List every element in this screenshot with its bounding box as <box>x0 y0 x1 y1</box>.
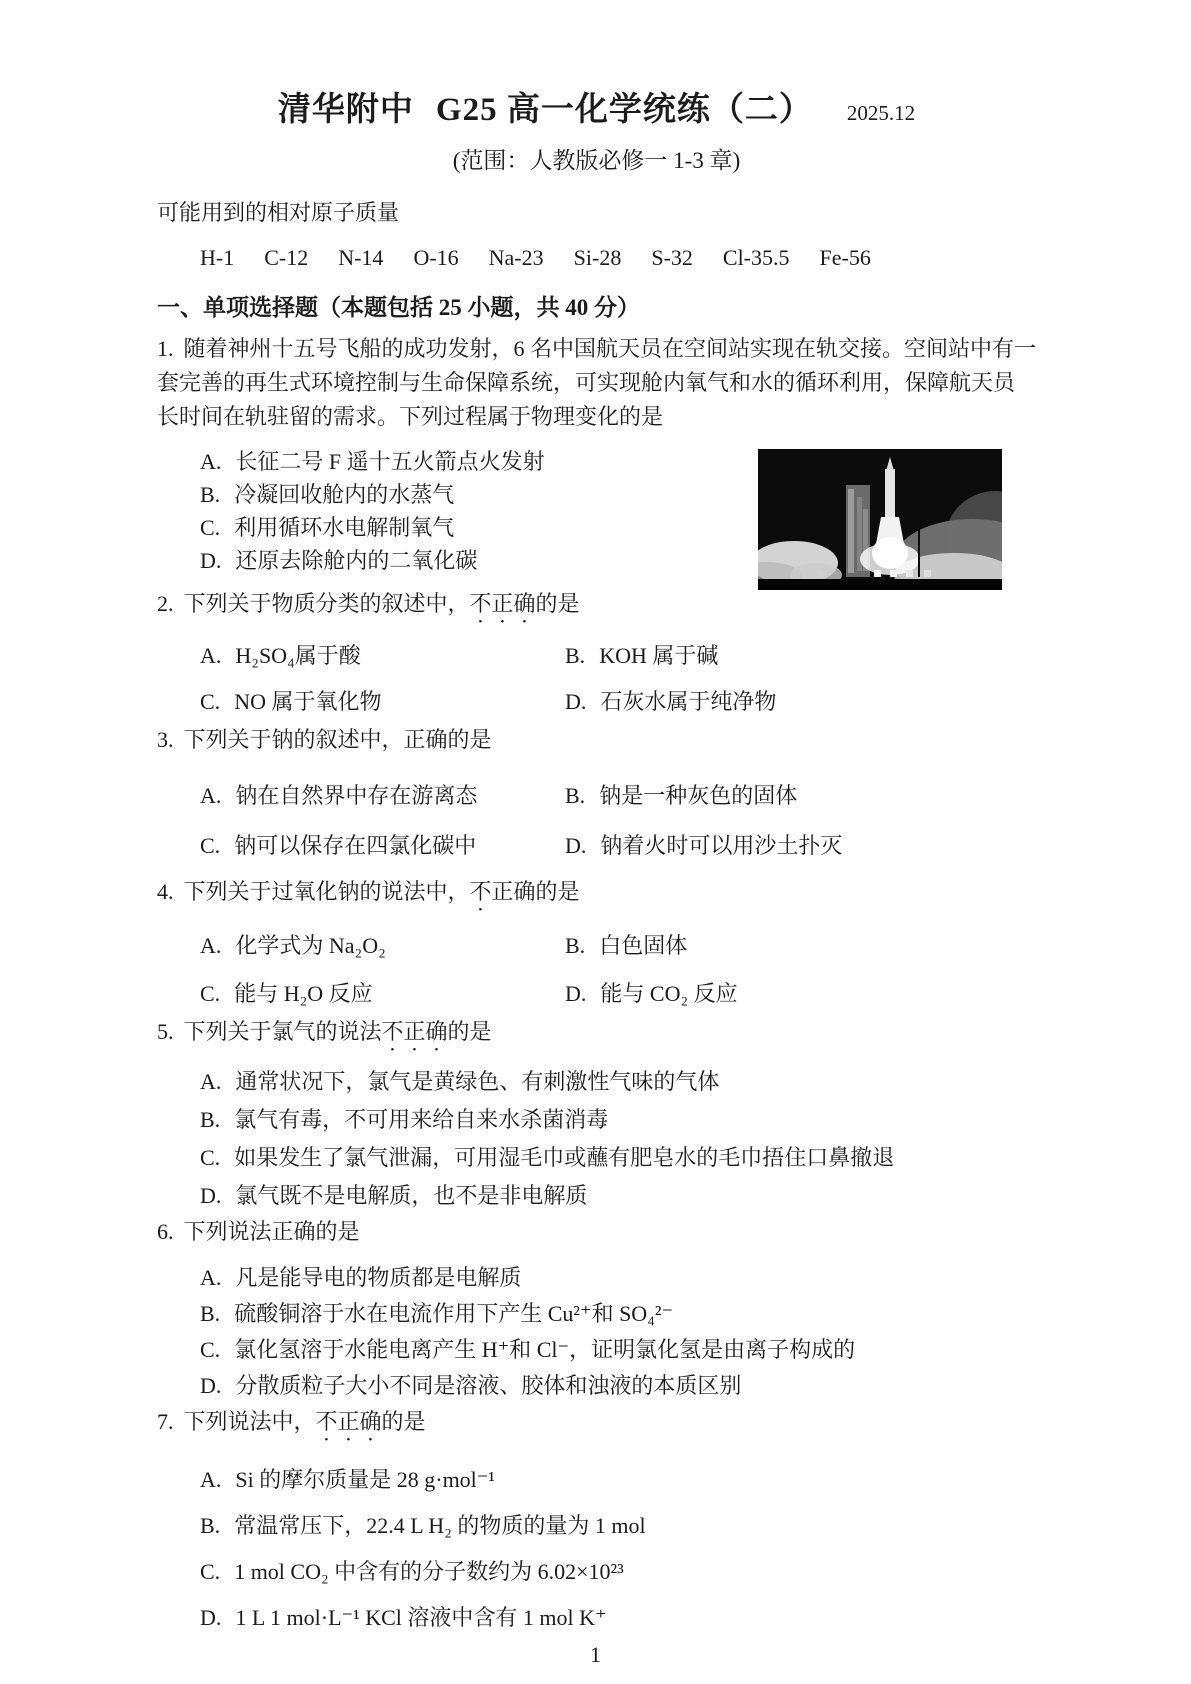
stem-text: 随着神州十五号飞船的成功发射，6 名中国航天员在空间站实现在轨交接。空间站中有一… <box>157 336 1036 429</box>
option-label: C. <box>200 1337 220 1362</box>
question-number: 4. <box>157 879 174 904</box>
option-text: 能与 CO₂ 反应 <box>600 981 737 1006</box>
option-text: 长征二号 F 遥十五火箭点火发射 <box>235 449 544 474</box>
stem-text-post: 正确的是 <box>492 879 580 904</box>
option-b: B.白色固体 <box>565 932 687 960</box>
school-name: 清华附中 <box>278 92 414 128</box>
atomic-mass-item: C-12 <box>264 244 308 272</box>
stem-text: 下列关于过氧化钠的说法中， <box>184 879 470 904</box>
stem-emphasis: 不正确 <box>316 1409 382 1434</box>
option-d: D.分散质粒子大小不同是溶液、胶体和浊液的本质区别 <box>200 1372 1036 1400</box>
option-label: B. <box>200 1301 220 1326</box>
option-label: B. <box>200 1107 220 1132</box>
exam-scope: (范围：人教版必修一 1-3 章) <box>157 146 1036 176</box>
option-label: D. <box>200 548 221 573</box>
option-label: A. <box>200 933 221 958</box>
exam-header: 清华附中G25 高一化学统练（二）2025.12 <box>157 83 1036 130</box>
stem-text: 下列说法中， <box>184 1409 316 1434</box>
option-label: C. <box>200 689 220 714</box>
question-1-options: A.长征二号 F 遥十五火箭点火发射 B.冷凝回收舱内的水蒸气 C.利用循环水电… <box>200 445 758 577</box>
option-label: D. <box>565 689 586 714</box>
option-d: D.石灰水属于纯净物 <box>565 688 776 716</box>
option-text: H₂SO₄属于酸 <box>235 643 360 668</box>
option-text: 石灰水属于纯净物 <box>600 689 776 714</box>
option-text: 分散质粒子大小不同是溶液、胶体和浊液的本质区别 <box>235 1373 741 1398</box>
option-label: A. <box>200 643 221 668</box>
option-text: 利用循环水电解制氧气 <box>234 515 454 540</box>
option-c: C.能与 H₂O 反应 <box>200 980 565 1008</box>
question-number: 1. <box>157 336 174 361</box>
question-2: 2.下列关于物质分类的叙述中，不正确的是 A.H₂SO₄属于酸 B.KOH 属于… <box>157 590 1036 716</box>
option-label: B. <box>565 643 585 668</box>
option-text: 如果发生了氯气泄漏，可用湿毛巾或蘸有肥皂水的毛巾捂住口鼻撤退 <box>234 1145 894 1170</box>
option-row: A.钠在自然界中存在游离态 B.钠是一种灰色的固体 <box>200 782 1036 810</box>
stem-text-post: 的是 <box>536 591 580 616</box>
question-1-stem: 1.随着神州十五号飞船的成功发射，6 名中国航天员在空间站实现在轨交接。空间站中… <box>157 332 1036 441</box>
option-text: 氯气既不是电解质，也不是非电解质 <box>235 1183 587 1208</box>
option-d: D.氯气既不是电解质，也不是非电解质 <box>200 1182 1036 1210</box>
stem-text: 下列关于钠的叙述中，正确的是 <box>184 727 492 752</box>
question-number: 2. <box>157 591 174 616</box>
option-row: C.钠可以保存在四氯化碳中 D.钠着火时可以用沙土扑灭 <box>200 832 1036 860</box>
question-7-options: A.Si 的摩尔质量是 28 g·mol⁻¹ B.常温常压下，22.4 L H₂… <box>200 1466 1036 1632</box>
option-label: A. <box>200 1467 221 1492</box>
question-5-options: A.通常状况下，氯气是黄绿色、有刺激性气味的气体 B.氯气有毒，不可用来给自来水… <box>200 1068 1036 1210</box>
question-6-stem: 6.下列说法正确的是 <box>157 1218 1036 1256</box>
option-a: A.Si 的摩尔质量是 28 g·mol⁻¹ <box>200 1466 1036 1494</box>
option-text: KOH 属于碱 <box>599 643 718 668</box>
stem-text: 下列关于氯气的说法 <box>184 1019 382 1044</box>
option-text: 通常状况下，氯气是黄绿色、有刺激性气味的气体 <box>235 1069 719 1094</box>
question-4: 4.下列关于过氧化钠的说法中，不正确的是 A.化学式为 Na₂O₂ B.白色固体… <box>157 878 1036 1008</box>
question-number: 6. <box>157 1219 174 1244</box>
question-7: 7.下列说法中，不正确的是 A.Si 的摩尔质量是 28 g·mol⁻¹ B.常… <box>157 1408 1036 1632</box>
option-label: C. <box>200 833 220 858</box>
option-label: C. <box>200 981 220 1006</box>
question-6-options: A.凡是能导电的物质都是电解质 B.硫酸铜溶于水在电流作用下产生 Cu²⁺和 S… <box>200 1264 1036 1400</box>
atomic-mass-note: 可能用到的相对原子质量 <box>157 198 1036 228</box>
option-b: B.氯气有毒，不可用来给自来水杀菌消毒 <box>200 1106 1036 1134</box>
option-text: 能与 H₂O 反应 <box>234 981 372 1006</box>
option-label: C. <box>200 1145 220 1170</box>
stem-text-post: 的是 <box>448 1019 492 1044</box>
question-number: 3. <box>157 727 174 752</box>
option-text: 氯气有毒，不可用来给自来水杀菌消毒 <box>234 1107 608 1132</box>
page-number: 1 <box>0 1642 1191 1668</box>
option-row: A.H₂SO₄属于酸 B.KOH 属于碱 <box>200 642 1036 670</box>
option-label: A. <box>200 783 221 808</box>
option-text: 常温常压下，22.4 L H₂ 的物质的量为 1 mol <box>234 1513 645 1538</box>
stem-emphasis: 不正确 <box>382 1019 448 1044</box>
option-text: 钠在自然界中存在游离态 <box>235 783 477 808</box>
option-label: B. <box>565 783 585 808</box>
atomic-mass-item: S-32 <box>651 244 693 272</box>
option-a: A.长征二号 F 遥十五火箭点火发射 <box>200 445 758 478</box>
stem-text: 下列说法正确的是 <box>184 1219 360 1244</box>
option-b: B.硫酸铜溶于水在电流作用下产生 Cu²⁺和 SO₄²⁻ <box>200 1300 1036 1328</box>
option-text: NO 属于氧化物 <box>234 689 381 714</box>
option-c: C.利用循环水电解制氧气 <box>200 511 758 544</box>
exam-page: 清华附中G25 高一化学统练（二）2025.12 (范围：人教版必修一 1-3 … <box>0 0 1191 1684</box>
option-text: 化学式为 Na₂O₂ <box>235 933 385 958</box>
option-row: C.NO 属于氧化物 D.石灰水属于纯净物 <box>200 688 1036 716</box>
question-6: 6.下列说法正确的是 A.凡是能导电的物质都是电解质 B.硫酸铜溶于水在电流作用… <box>157 1218 1036 1400</box>
option-c: C.氯化氢溶于水能电离产生 H⁺和 Cl⁻，证明氯化氢是由离子构成的 <box>200 1336 1036 1364</box>
option-c: C.钠可以保存在四氯化碳中 <box>200 832 565 860</box>
atomic-mass-item: Cl-35.5 <box>723 244 790 272</box>
atomic-mass-item: O-16 <box>413 244 458 272</box>
option-label: D. <box>200 1183 221 1208</box>
question-5: 5.下列关于氯气的说法不正确的是 A.通常状况下，氯气是黄绿色、有刺激性气味的气… <box>157 1018 1036 1210</box>
option-text: 氯化氢溶于水能电离产生 H⁺和 Cl⁻，证明氯化氢是由离子构成的 <box>234 1337 855 1362</box>
option-text: 钠是一种灰色的固体 <box>599 783 797 808</box>
option-text: 白色固体 <box>599 933 687 958</box>
stem-text: 下列关于物质分类的叙述中， <box>184 591 470 616</box>
question-1: 1.随着神州十五号飞船的成功发射，6 名中国航天员在空间站实现在轨交接。空间站中… <box>157 332 1036 590</box>
exam-date: 2025.12 <box>847 101 915 125</box>
rocket-launch-photo <box>758 449 1002 590</box>
option-text: 凡是能导电的物质都是电解质 <box>235 1265 521 1290</box>
option-d: D.能与 CO₂ 反应 <box>565 980 738 1008</box>
option-a: A.H₂SO₄属于酸 <box>200 642 565 670</box>
atomic-mass-list: H-1 C-12 N-14 O-16 Na-23 Si-28 S-32 Cl-3… <box>200 244 1036 272</box>
option-text: 1 L 1 mol·L⁻¹ KCl 溶液中含有 1 mol K⁺ <box>235 1605 606 1630</box>
option-b: B.KOH 属于碱 <box>565 642 718 670</box>
option-b: B.常温常压下，22.4 L H₂ 的物质的量为 1 mol <box>200 1512 1036 1540</box>
question-2-stem: 2.下列关于物质分类的叙述中，不正确的是 <box>157 590 1036 628</box>
question-5-stem: 5.下列关于氯气的说法不正确的是 <box>157 1018 1036 1056</box>
atomic-mass-item: Na-23 <box>489 244 544 272</box>
option-c: C.1 mol CO₂ 中含有的分子数约为 6.02×10²³ <box>200 1558 1036 1586</box>
atomic-mass-item: Fe-56 <box>820 244 871 272</box>
option-label: A. <box>200 449 221 474</box>
atomic-mass-item: N-14 <box>338 244 383 272</box>
atomic-mass-item: H-1 <box>200 244 234 272</box>
question-4-stem: 4.下列关于过氧化钠的说法中，不正确的是 <box>157 878 1036 916</box>
question-number: 7. <box>157 1409 174 1434</box>
option-text: Si 的摩尔质量是 28 g·mol⁻¹ <box>235 1467 495 1492</box>
option-c: C.NO 属于氧化物 <box>200 688 565 716</box>
section-heading: 一、单项选择题（本题包括 25 小题，共 40 分） <box>157 294 1036 322</box>
option-label: D. <box>565 833 586 858</box>
stem-emphasis: 不 <box>470 879 492 904</box>
option-d: D.1 L 1 mol·L⁻¹ KCl 溶液中含有 1 mol K⁺ <box>200 1604 1036 1632</box>
question-7-stem: 7.下列说法中，不正确的是 <box>157 1408 1036 1446</box>
option-row: A.化学式为 Na₂O₂ B.白色固体 <box>200 932 1036 960</box>
option-label: D. <box>200 1605 221 1630</box>
option-a: A.凡是能导电的物质都是电解质 <box>200 1264 1036 1292</box>
question-1-body: A.长征二号 F 遥十五火箭点火发射 B.冷凝回收舱内的水蒸气 C.利用循环水电… <box>157 445 1036 590</box>
stem-text-post: 的是 <box>382 1409 426 1434</box>
atomic-mass-item: Si-28 <box>574 244 622 272</box>
option-text: 1 mol CO₂ 中含有的分子数约为 6.02×10²³ <box>234 1559 624 1584</box>
option-c: C.如果发生了氯气泄漏，可用湿毛巾或蘸有肥皂水的毛巾捂住口鼻撤退 <box>200 1144 1036 1172</box>
exam-title: G25 高一化学统练（二） <box>436 92 813 128</box>
option-label: B. <box>565 933 585 958</box>
option-a: A.化学式为 Na₂O₂ <box>200 932 565 960</box>
question-number: 5. <box>157 1019 174 1044</box>
question-3: 3.下列关于钠的叙述中，正确的是 A.钠在自然界中存在游离态 B.钠是一种灰色的… <box>157 726 1036 860</box>
option-row: C.能与 H₂O 反应 D.能与 CO₂ 反应 <box>200 980 1036 1008</box>
option-b: B.钠是一种灰色的固体 <box>565 782 797 810</box>
option-label: A. <box>200 1069 221 1094</box>
option-label: D. <box>200 1373 221 1398</box>
option-text: 硫酸铜溶于水在电流作用下产生 Cu²⁺和 SO₄²⁻ <box>234 1301 673 1326</box>
option-text: 钠可以保存在四氯化碳中 <box>234 833 476 858</box>
option-a: A.通常状况下，氯气是黄绿色、有刺激性气味的气体 <box>200 1068 1036 1096</box>
option-d: D.钠着火时可以用沙土扑灭 <box>565 832 842 860</box>
option-text: 钠着火时可以用沙土扑灭 <box>600 833 842 858</box>
option-label: C. <box>200 515 220 540</box>
option-text: 冷凝回收舱内的水蒸气 <box>234 482 454 507</box>
option-a: A.钠在自然界中存在游离态 <box>200 782 565 810</box>
option-label: B. <box>200 1513 220 1538</box>
option-b: B.冷凝回收舱内的水蒸气 <box>200 478 758 511</box>
stem-emphasis: 不正确 <box>470 591 536 616</box>
question-3-stem: 3.下列关于钠的叙述中，正确的是 <box>157 726 1036 764</box>
option-label: A. <box>200 1265 221 1290</box>
option-label: B. <box>200 482 220 507</box>
option-text: 还原去除舱内的二氧化碳 <box>235 548 477 573</box>
option-label: D. <box>565 981 586 1006</box>
option-d: D.还原去除舱内的二氧化碳 <box>200 544 758 577</box>
option-label: C. <box>200 1559 220 1584</box>
